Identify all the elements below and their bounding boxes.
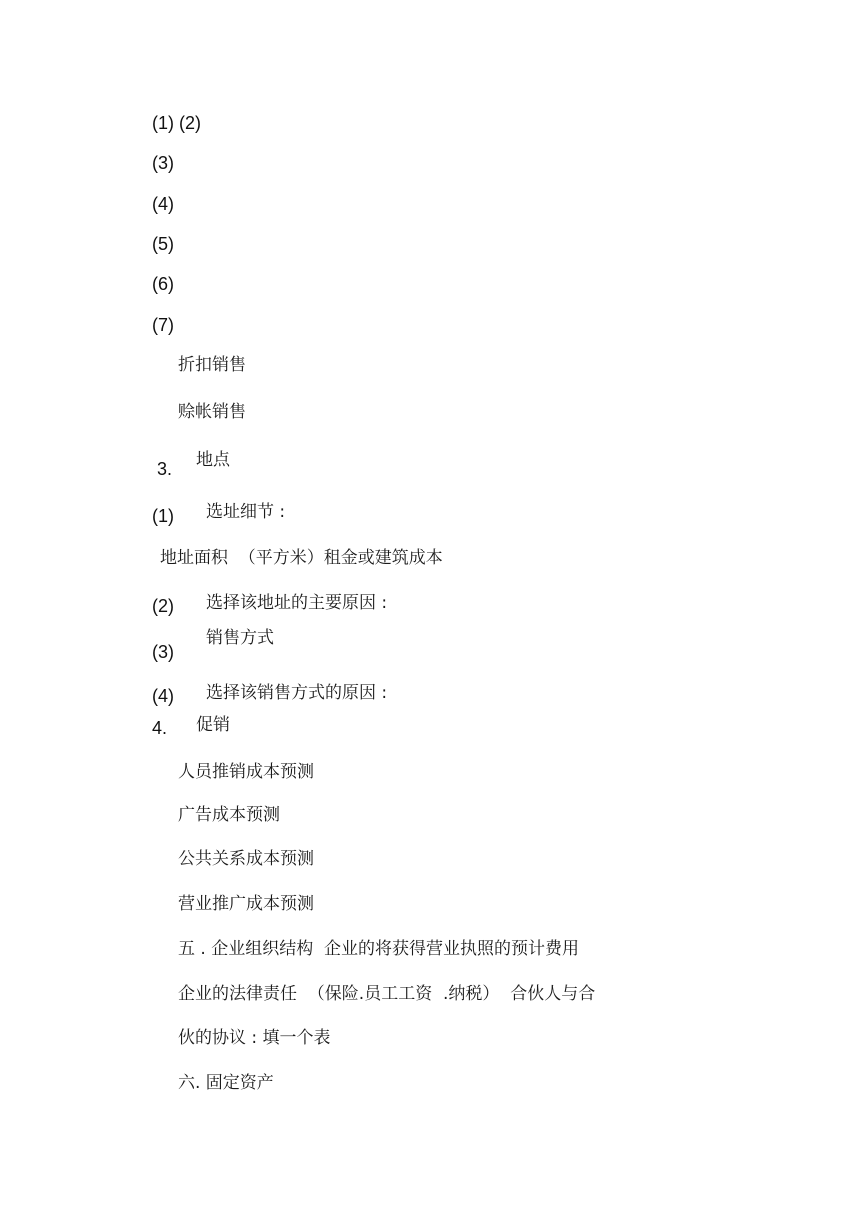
section-3-item-2-marker: (2): [152, 595, 174, 617]
section-3-item-3-marker: (3): [152, 641, 174, 663]
list-marker-1-2: (1) (2): [152, 112, 201, 134]
section-3-title: 地点: [196, 449, 230, 471]
promotion-item-sales-promotion: 营业推广成本预测: [178, 893, 314, 915]
document-page: (1) (2) (3) (4) (5) (6) (7) 折扣销售 赊帐销售 3.…: [0, 0, 860, 1218]
section-3-item-4-text: 选择该销售方式的原因 :: [206, 682, 387, 704]
section-4-title: 促销: [196, 714, 230, 736]
section-3-number: 3.: [157, 458, 172, 480]
section-3-item-1-marker: (1): [152, 505, 174, 527]
credit-sale-text: 赊帐销售: [178, 401, 246, 423]
section-5-line-1: 五 . 企业组织结构 企业的将获得营业执照的预计费用: [178, 938, 579, 960]
section-5-line-2: 企业的法律责任 （保险.员工工资 .纳税） 合伙人与合: [178, 983, 595, 1005]
section-3-item-2-text: 选择该地址的主要原因 :: [206, 592, 387, 614]
promotion-item-advertising: 广告成本预测: [178, 804, 280, 826]
promotion-item-personal-selling: 人员推销成本预测: [178, 761, 314, 783]
list-marker-6: (6): [152, 273, 174, 295]
promotion-item-public-relations: 公共关系成本预测: [178, 848, 314, 870]
list-marker-5: (5): [152, 233, 174, 255]
section-3-item-4-marker: (4): [152, 685, 174, 707]
discount-sale-text: 折扣销售: [178, 354, 246, 376]
list-marker-4: (4): [152, 193, 174, 215]
section-3-item-1-text: 选址细节 :: [206, 501, 285, 523]
section-4-number: 4.: [152, 717, 167, 739]
site-details-row: 地址面积 （平方米）租金或建筑成本: [160, 547, 443, 569]
list-marker-7: (7): [152, 314, 174, 336]
section-6-title: 六. 固定资产: [178, 1072, 274, 1094]
section-5-line-3: 伙的协议 : 填一个表: [178, 1027, 331, 1049]
section-3-item-3-text: 销售方式: [206, 627, 274, 649]
list-marker-3: (3): [152, 152, 174, 174]
